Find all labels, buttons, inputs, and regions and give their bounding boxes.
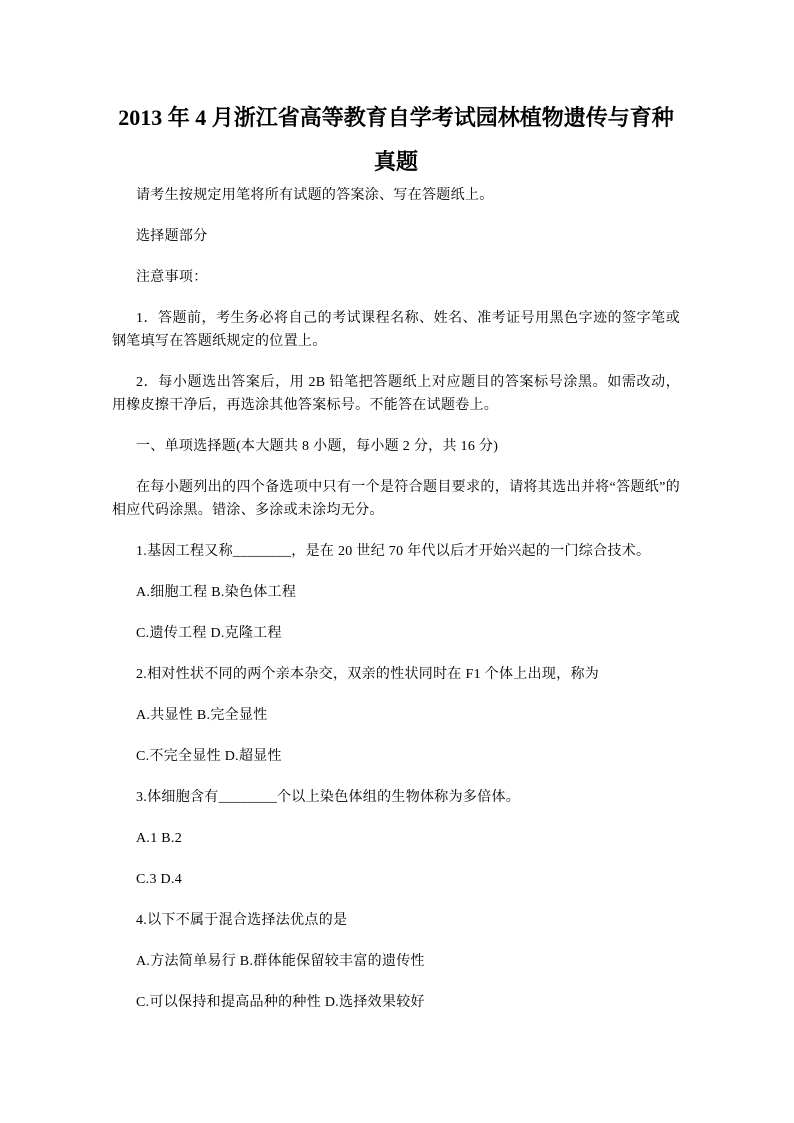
exam-title-line-2: 真题 — [112, 140, 680, 184]
exam-body: 请考生按规定用笔将所有试题的答案涂、写在答题纸上。 选择题部分 注意事项： 1．… — [112, 184, 680, 1014]
question-3-options-cd: C.3 D.4 — [112, 868, 680, 891]
question-4-stem: 4.以下不属于混合选择法优点的是 — [112, 909, 680, 932]
question-4-options-cd: C.可以保持和提高品种的种性 D.选择效果较好 — [112, 991, 680, 1014]
question-3-options-ab: A.1 B.2 — [112, 827, 680, 850]
question-2-options-cd: C.不完全显性 D.超显性 — [112, 745, 680, 768]
section-label: 选择题部分 — [112, 225, 680, 248]
question-1-options-cd: C.遗传工程 D.克隆工程 — [112, 622, 680, 645]
candidate-notice: 请考生按规定用笔将所有试题的答案涂、写在答题纸上。 — [112, 184, 680, 207]
note-item-2: 2．每小题选出答案后，用 2B 铅笔把答题纸上对应题目的答案标号涂黑。如需改动，… — [112, 371, 680, 417]
question-2-options-ab: A.共显性 B.完全显性 — [112, 704, 680, 727]
part-one-heading: 一、单项选择题(本大题共 8 小题，每小题 2 分，共 16 分) — [112, 435, 680, 458]
notes-heading: 注意事项： — [112, 266, 680, 289]
exam-title-line-1: 2013 年 4 月浙江省高等教育自学考试园林植物遗传与育种 — [112, 96, 680, 140]
question-1-options-ab: A.细胞工程 B.染色体工程 — [112, 581, 680, 604]
note-item-1: 1．答题前，考生务必将自己的考试课程名称、姓名、准考证号用黑色字迹的签字笔或钢笔… — [112, 307, 680, 353]
question-2-stem: 2.相对性状不同的两个亲本杂交，双亲的性状同时在 F1 个体上出现，称为 — [112, 663, 680, 686]
question-1-stem: 1.基因工程又称________，是在 20 世纪 70 年代以后才开始兴起的一… — [112, 540, 680, 563]
exam-title: 2013 年 4 月浙江省高等教育自学考试园林植物遗传与育种 真题 — [112, 96, 680, 184]
part-one-directions: 在每小题列出的四个备选项中只有一个是符合题目要求的，请将其选出并将“答题纸”的相… — [112, 476, 680, 522]
question-4-options-ab: A.方法简单易行 B.群体能保留较丰富的遗传性 — [112, 950, 680, 973]
exam-paper-page: 2013 年 4 月浙江省高等教育自学考试园林植物遗传与育种 真题 请考生按规定… — [0, 0, 794, 1123]
question-3-stem: 3.体细胞含有________个以上染色体组的生物体称为多倍体。 — [112, 786, 680, 809]
